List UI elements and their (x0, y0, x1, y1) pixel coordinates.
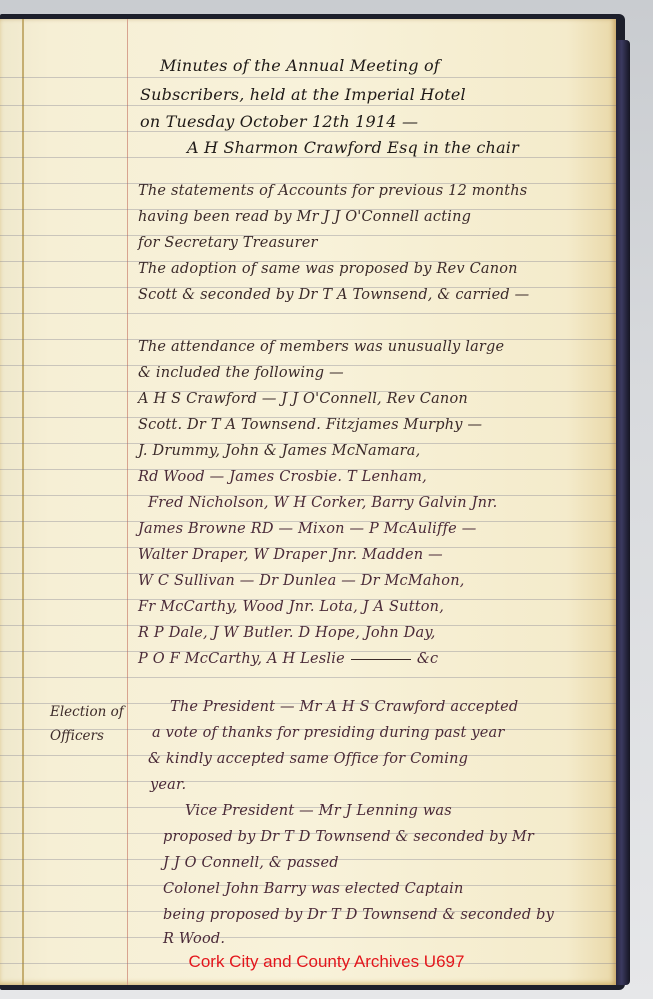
minutes-title-line-3: on Tuesday October 12th 1914 — (140, 114, 418, 130)
archive-watermark: Cork City and County Archives U697 (0, 952, 653, 972)
attendance-line: James Browne RD — Mixon — P McAuliffe — (138, 522, 476, 537)
attendance-line: & included the following — (138, 366, 344, 381)
attendance-line: W C Sullivan — Dr Dunlea — Dr McMahon, (138, 574, 465, 589)
election-line: The President — Mr A H S Crawford accept… (170, 700, 518, 715)
minutes-title-line-1: Minutes of the Annual Meeting of (160, 58, 440, 74)
ruled-line (0, 313, 616, 314)
election-line: Colonel John Barry was elected Captain (163, 882, 464, 897)
minutes-title-line-2: Subscribers, held at the Imperial Hotel (140, 87, 466, 103)
flourish-dash (351, 659, 411, 660)
margin-rule (127, 19, 128, 985)
accounts-line: The adoption of same was proposed by Rev… (138, 262, 518, 277)
election-line: J J O Connell, & passed (163, 856, 339, 871)
accounts-line: having been read by Mr J J O'Connell act… (138, 210, 471, 225)
election-line: a vote of thanks for presiding during pa… (152, 726, 505, 741)
margin-note-line: Officers (50, 730, 104, 744)
accounts-line: The statements of Accounts for previous … (138, 184, 527, 199)
ruled-line (0, 677, 616, 678)
page-gutter-fold (22, 19, 24, 985)
attendance-line: Fr McCarthy, Wood Jnr. Lota, J A Sutton, (138, 600, 444, 615)
election-line: year. (150, 778, 186, 793)
attendance-line: J. Drummy, John & James McNamara, (138, 444, 420, 459)
ruled-line (0, 781, 616, 782)
attendance-line: A H S Crawford — J J O'Connell, Rev Cano… (138, 392, 468, 407)
attendance-line: Fred Nicholson, W H Corker, Barry Galvin… (148, 496, 498, 511)
attendance-line: Scott. Dr T A Townsend. Fitzjames Murphy… (138, 418, 482, 433)
election-line: R Wood. (163, 932, 225, 947)
ruled-line (0, 105, 616, 106)
attendance-names: P O F McCarthy, A H Leslie (138, 651, 345, 667)
election-line: being proposed by Dr T D Townsend & seco… (163, 908, 554, 923)
ruled-line (0, 77, 616, 78)
accounts-line: for Secretary Treasurer (138, 236, 318, 251)
margin-note-line: Election of (50, 706, 124, 720)
attendance-line-last: P O F McCarthy, A H Leslie&c (138, 652, 438, 667)
chairman-line: A H Sharmon Crawford Esq in the chair (187, 140, 519, 156)
attendance-line: Walter Draper, W Draper Jnr. Madden — (138, 548, 443, 563)
ruled-line (0, 937, 616, 938)
election-line: proposed by Dr T D Townsend & seconded b… (163, 830, 534, 845)
book-cover-edge (616, 40, 630, 985)
election-line: & kindly accepted same Office for Coming (148, 752, 468, 767)
attendance-line: Rd Wood — James Crosbie. T Lenham, (138, 470, 427, 485)
attendance-line: R P Dale, J W Butler. D Hope, John Day, (138, 626, 436, 641)
accounts-line: Scott & seconded by Dr T A Townsend, & c… (138, 288, 529, 303)
election-line: Vice President — Mr J Lenning was (185, 804, 452, 819)
ruled-line (0, 157, 616, 158)
attendance-line: The attendance of members was unusually … (138, 340, 504, 355)
ruled-line (0, 131, 616, 132)
etcetera-mark: &c (417, 651, 438, 667)
